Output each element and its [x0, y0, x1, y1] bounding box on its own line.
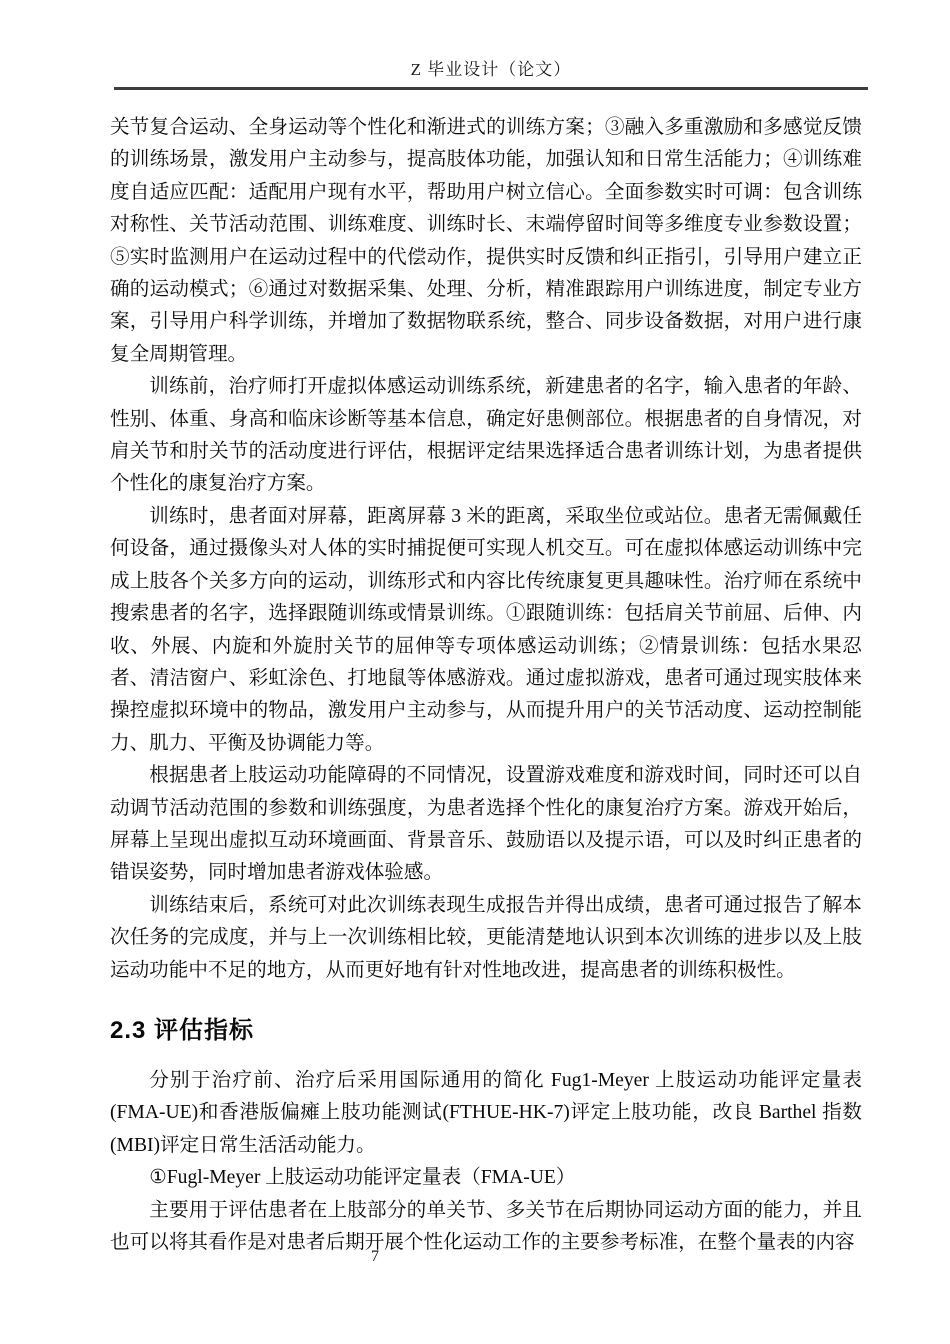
running-header-title: Z 毕业设计（论文） — [114, 59, 868, 81]
list-item-heading: ①Fugl-Meyer 上肢运动功能评定量表（FMA-UE） — [110, 1162, 862, 1194]
body-paragraph: 关节复合运动、全身运动等个性化和渐进式的训练方案；③融入多重激励和多感觉反馈的训… — [110, 112, 862, 371]
page-number: 7 — [300, 1247, 450, 1267]
body-paragraph: 训练时，患者面对屏幕，距离屏幕 3 米的距离，采取坐位或站位。患者无需佩戴任何设… — [110, 501, 862, 760]
header-rule — [114, 87, 868, 90]
body-paragraph: 训练前，治疗师打开虚拟体感运动训练系统，新建患者的名字，输入患者的年龄、性别、体… — [110, 371, 862, 501]
body-paragraph: 根据患者上肢运动功能障碍的不同情况，设置游戏难度和游戏时间，同时还可以自动调节活… — [110, 760, 862, 890]
body-paragraph: 主要用于评估患者在上肢部分的单关节、多关节在后期协同运动方面的能力，并且也可以将… — [110, 1195, 862, 1260]
body-paragraph: 训练结束后，系统可对此次训练表现生成报告并得出成绩，患者可通过报告了解本次任务的… — [110, 890, 862, 987]
document-body: 关节复合运动、全身运动等个性化和渐进式的训练方案；③融入多重激励和多感觉反馈的训… — [110, 112, 862, 1259]
section-heading: 2.3 评估指标 — [110, 1014, 862, 1047]
body-paragraph: 分别于治疗前、治疗后采用国际通用的简化 Fug1-Meyer 上肢运动功能评定量… — [110, 1065, 862, 1162]
document-page: Z 毕业设计（论文） 关节复合运动、全身运动等个性化和渐进式的训练方案；③融入多… — [0, 0, 950, 1344]
